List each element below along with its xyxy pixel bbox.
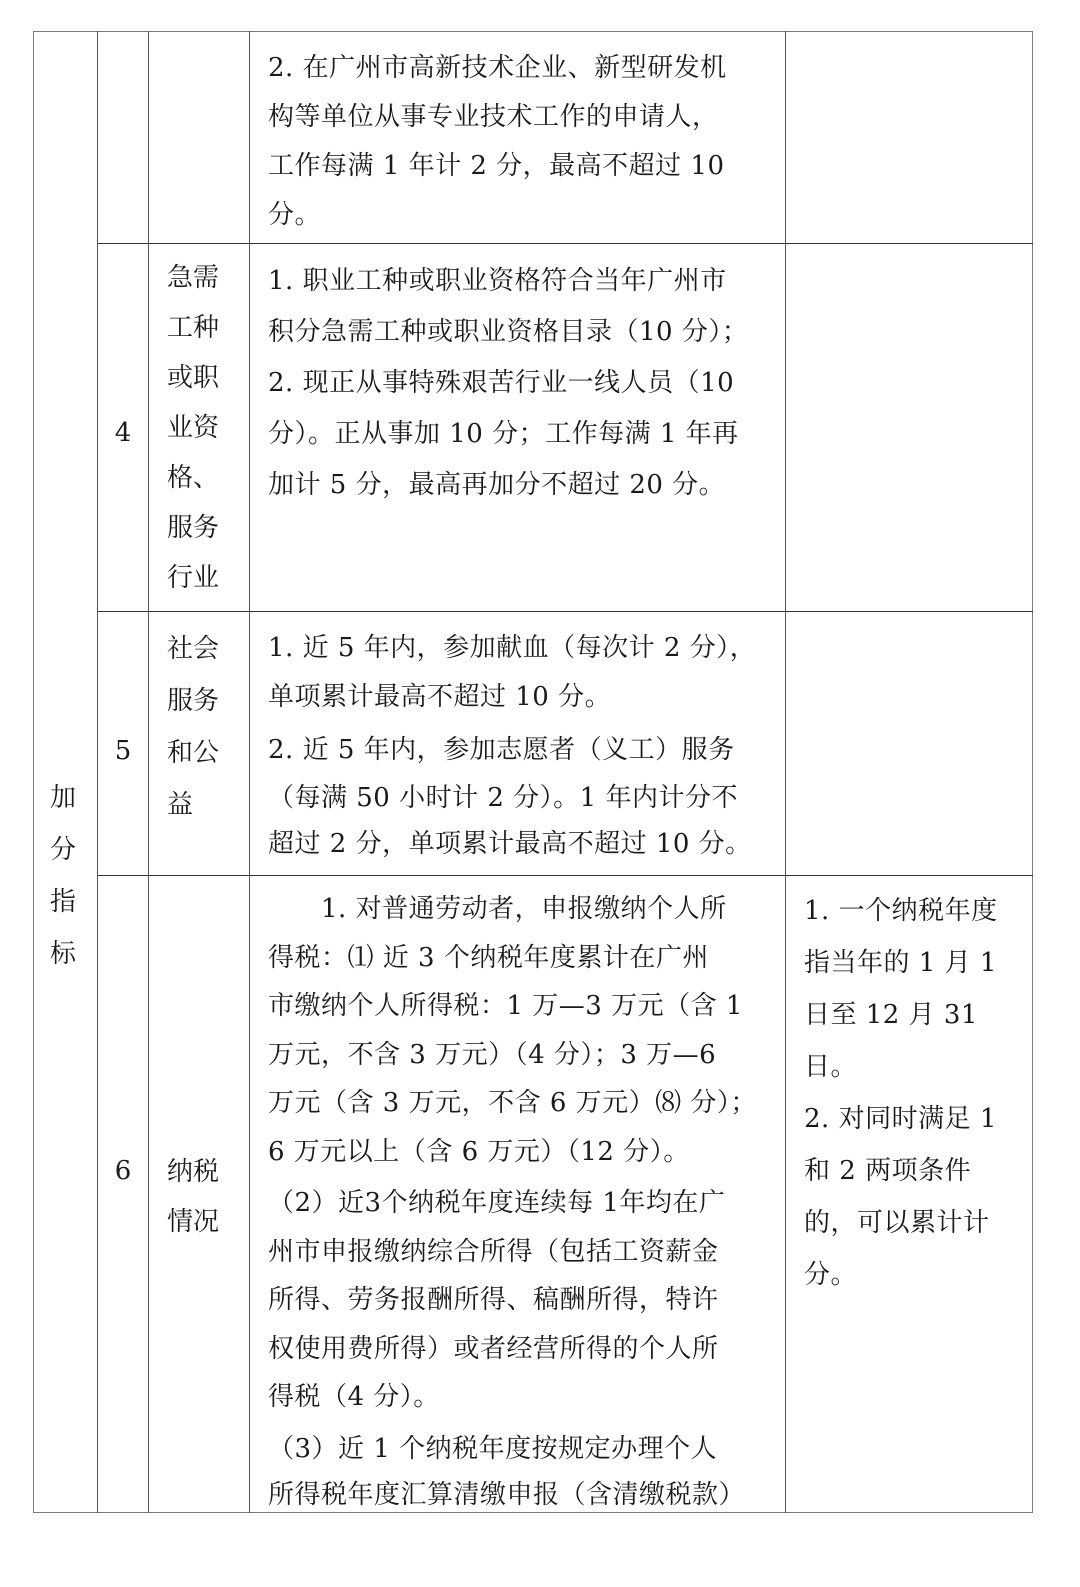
note-line: 日至 12 月 31 日。: [804, 989, 1026, 1093]
item-line: 急需: [167, 253, 227, 303]
content-line: 所得、劳务报酬所得、稿酬所得，特许: [268, 1276, 783, 1325]
content-line: 6 万元以上（含 6 万元）（12 分）。: [268, 1128, 783, 1177]
category-cell: 加 分 指 标: [50, 772, 90, 980]
item-cell: 纳税 情况: [167, 1147, 227, 1247]
note-line: 分。: [804, 1249, 1026, 1301]
content-line: （2）近3个纳税年度连续每 1年均在广: [268, 1179, 783, 1228]
row-number: 5: [98, 736, 148, 766]
item-cell: 社会 服务 和公 益: [167, 623, 227, 831]
content-line: 州市申报缴纳综合所得（包括工资薪金: [268, 1228, 783, 1277]
note-line: 指当年的 1 月 1: [804, 937, 1026, 989]
content-line: 分）。正从事加 10 分；工作每满 1 年再: [268, 409, 783, 460]
row-number: 6: [98, 1156, 148, 1186]
content-line: 加计 5 分，最高再加分不超过 20 分。: [268, 460, 783, 511]
category-char: 指: [50, 876, 110, 928]
content-line: 2. 现正从事特殊艰苦行业一线人员（10: [268, 358, 783, 409]
item-cell: 急需 工种 或职 业资 格、 服务 行业: [167, 253, 227, 603]
content-line: 得税：⑴ 近 3 个纳税年度累计在广州: [268, 934, 783, 983]
content-line: 权使用费所得）或者经营所得的个人所: [268, 1325, 783, 1374]
content-line: 得税（4 分）。: [268, 1373, 783, 1422]
content-line: 构等单位从事专业技术工作的申请人，: [268, 93, 778, 142]
column-divider: [785, 31, 786, 1513]
content-line: 单项累计最高不超过 10 分。: [268, 673, 783, 722]
column-divider: [148, 31, 149, 1513]
category-char: 分: [50, 824, 110, 876]
content-cell: 2. 在广州市高新技术企业、新型研发机 构等单位从事专业技术工作的申请人， 工作…: [268, 44, 778, 240]
item-line: 工种: [167, 303, 227, 353]
item-line: 益: [167, 779, 227, 831]
row-divider: [97, 243, 1033, 244]
content-line: 1. 对普通劳动者，申报缴纳个人所: [268, 885, 783, 934]
row-number: 4: [98, 418, 148, 448]
item-line: 服务: [167, 503, 227, 553]
category-char: 标: [50, 928, 110, 980]
item-line: 格、: [167, 453, 227, 503]
note-cell: 1. 一个纳税年度 指当年的 1 月 1 日至 12 月 31 日。 2. 对同…: [804, 885, 1026, 1301]
content-line: （3）近 1 个纳税年度按规定办理个人: [268, 1426, 783, 1472]
content-line: 1. 职业工种或职业资格符合当年广州市: [268, 256, 783, 307]
content-cell: 1. 对普通劳动者，申报缴纳个人所 得税：⑴ 近 3 个纳税年度累计在广州 市缴…: [268, 885, 783, 1518]
content-line: 2. 近 5 年内，参加志愿者（义工）服务: [268, 726, 783, 775]
content-line: 万元，不含 3 万元）（4 分）；3 万—6: [268, 1031, 783, 1080]
item-line: 业资: [167, 403, 227, 453]
content-cell: 1. 近 5 年内，参加献血（每次计 2 分）， 单项累计最高不超过 10 分。…: [268, 624, 783, 867]
item-line: 情况: [167, 1197, 227, 1247]
content-line: 分。: [268, 191, 778, 240]
item-line: 服务: [167, 675, 227, 727]
note-line: 1. 一个纳税年度: [804, 885, 1026, 937]
row-divider: [97, 611, 1033, 612]
item-line: 行业: [167, 553, 227, 603]
content-line: 工作每满 1 年计 2 分，最高不超过 10: [268, 142, 778, 191]
note-line: 和 2 两项条件: [804, 1145, 1026, 1197]
row-divider: [97, 875, 1033, 876]
item-line: 纳税: [167, 1147, 227, 1197]
column-divider: [249, 31, 250, 1513]
content-line: 积分急需工种或职业资格目录（10 分）；: [268, 307, 783, 358]
item-line: 社会: [167, 623, 227, 675]
item-line: 或职: [167, 353, 227, 403]
content-line: 所得税年度汇算清缴申报（含清缴税款）: [268, 1472, 783, 1518]
category-char: 加: [50, 772, 110, 824]
content-line: 万元（含 3 万元，不含 6 万元）⑻ 分）；: [268, 1079, 783, 1128]
content-line: 超过 2 分，单项累计最高不超过 10 分。: [268, 821, 783, 867]
content-cell: 1. 职业工种或职业资格符合当年广州市 积分急需工种或职业资格目录（10 分）；…: [268, 256, 783, 511]
note-line: 的，可以累计计: [804, 1197, 1026, 1249]
content-line: 市缴纳个人所得税：1 万—3 万元（含 1: [268, 982, 783, 1031]
content-line: 1. 近 5 年内，参加献血（每次计 2 分），: [268, 624, 783, 673]
item-line: 和公: [167, 727, 227, 779]
content-line: 2. 在广州市高新技术企业、新型研发机: [268, 44, 778, 93]
note-line: 2. 对同时满足 1: [804, 1093, 1026, 1145]
content-line: （每满 50 小时计 2 分）。1 年内计分不: [268, 775, 783, 821]
